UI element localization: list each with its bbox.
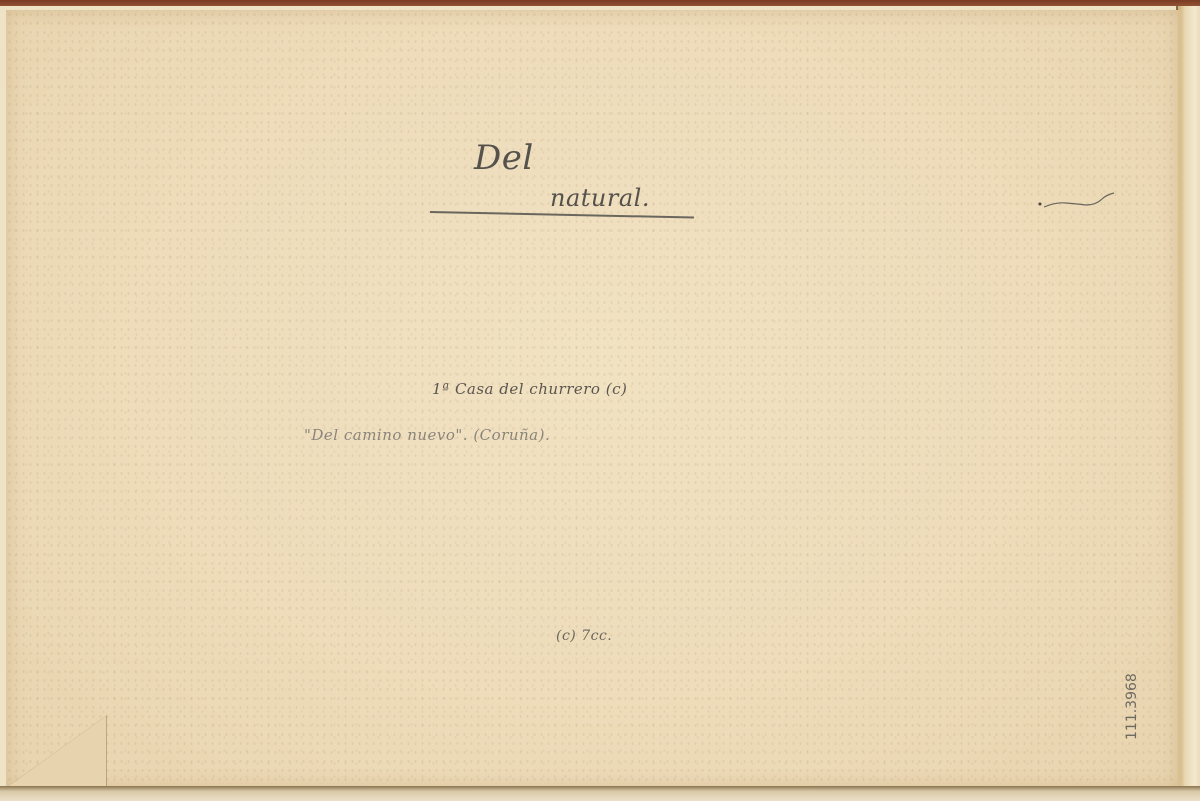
folded-corner (6, 716, 106, 788)
title-word-del: Del (474, 138, 534, 178)
pencil-squiggle-mark (1036, 190, 1116, 212)
sketchbook-page (6, 10, 1181, 788)
inscription-line-1: 1ª Casa del churrero (c) (432, 380, 627, 398)
bottom-page-edge (0, 786, 1200, 801)
inscription-line-2: "Del camino nuevo". (Coruña). (304, 426, 550, 444)
catalog-number: 111.3968 (1124, 673, 1140, 740)
title-word-natural: natural. (550, 184, 650, 212)
pencil-note: (c) 7cc. (556, 628, 612, 644)
